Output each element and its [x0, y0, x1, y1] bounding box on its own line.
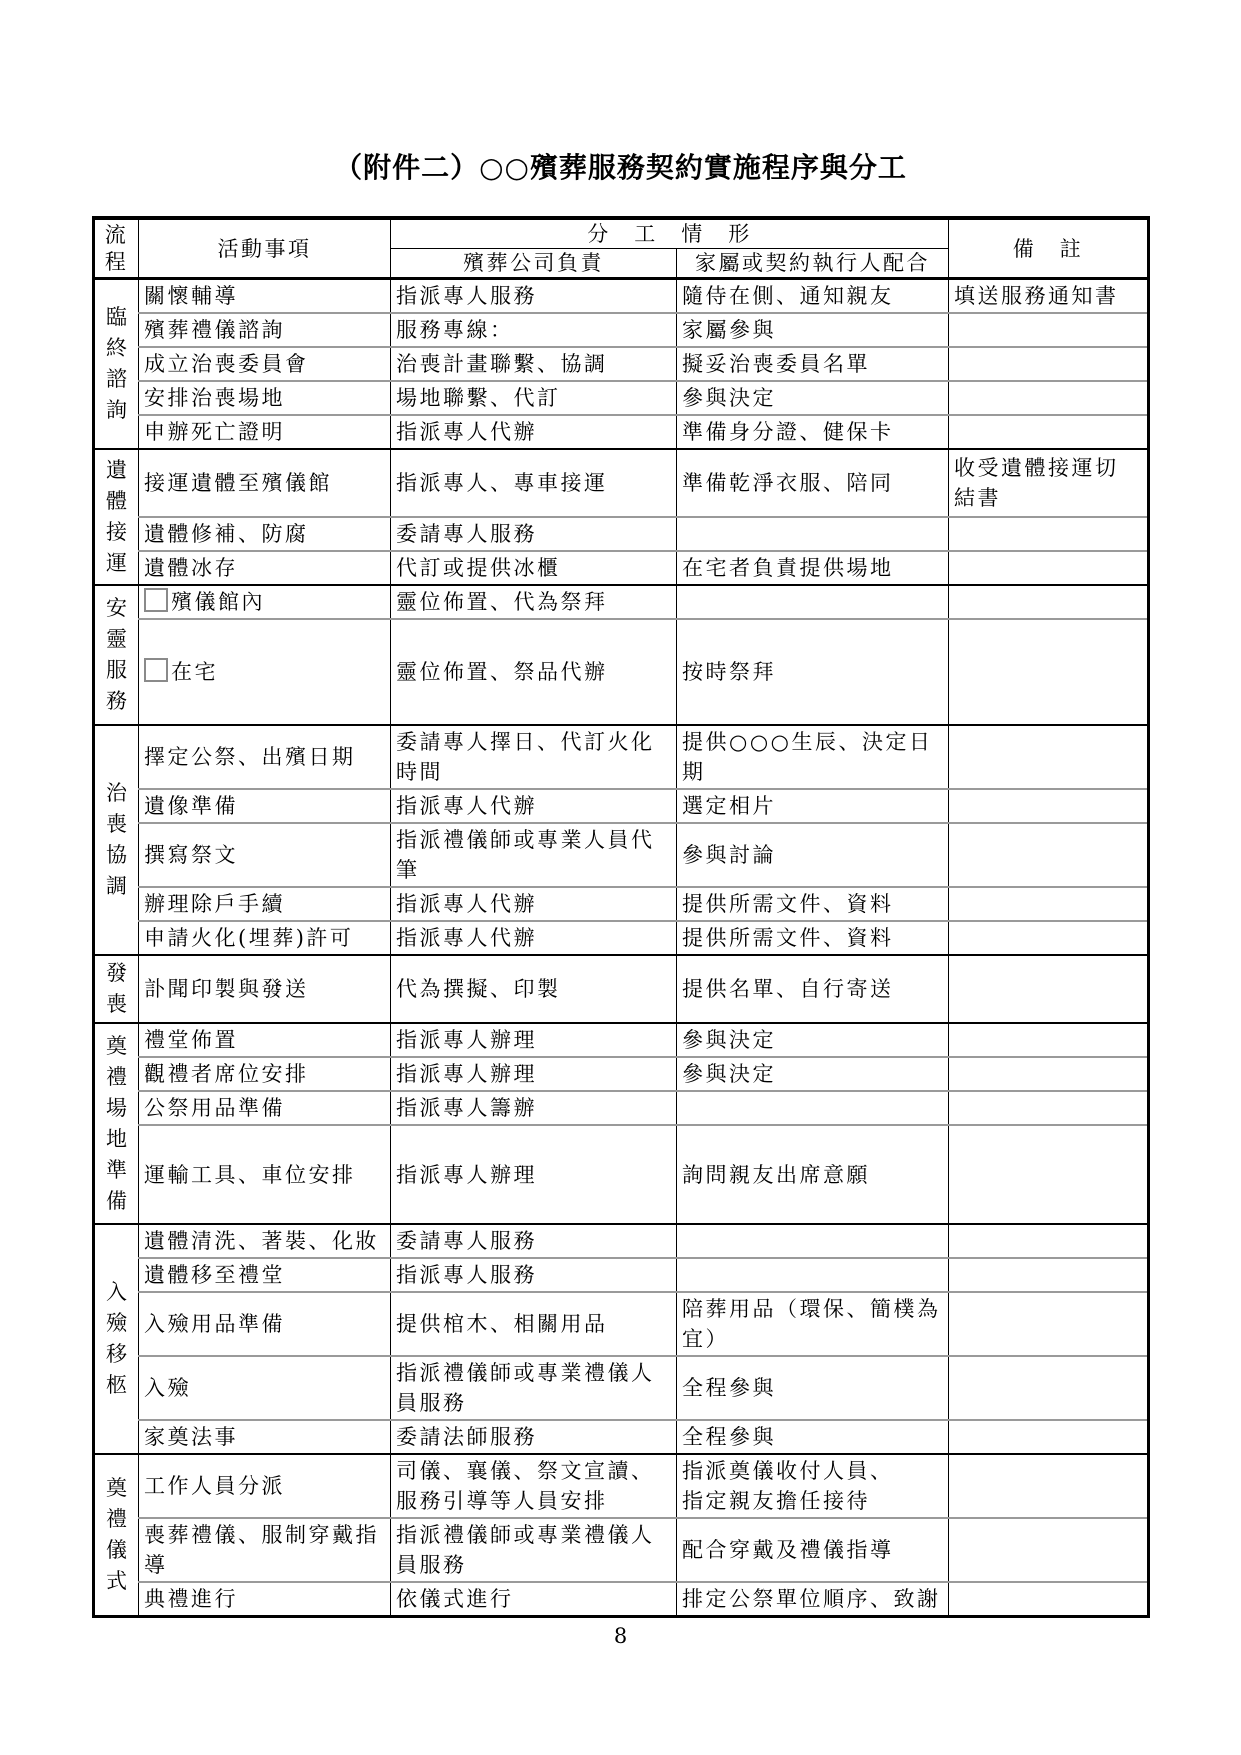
remarks-cell [949, 619, 1149, 725]
remarks-cell [949, 1125, 1149, 1224]
family-cell [677, 1224, 949, 1258]
company-cell: 指派專人辦理 [391, 1125, 677, 1224]
activity-cell: 關懷輔導 [139, 279, 391, 314]
family-cell [677, 585, 949, 619]
remarks-cell [949, 1518, 1149, 1582]
family-cell: 指派奠儀收付人員、 指定親友擔任接待 [677, 1454, 949, 1518]
company-cell: 靈位佈置、代為祭拜 [391, 585, 677, 619]
family-cell: 準備身分證、健保卡 [677, 415, 949, 449]
activity-cell: 入殮 [139, 1356, 391, 1420]
family-cell [677, 1091, 949, 1125]
activity-cell: 安排治喪場地 [139, 381, 391, 415]
table-row: 奠 禮 場 地 準 備禮堂佈置指派專人辦理參與決定 [94, 1023, 1149, 1057]
remarks-cell [949, 921, 1149, 955]
table-row: 觀禮者席位安排指派專人辦理參與決定 [94, 1057, 1149, 1091]
remarks-cell [949, 1292, 1149, 1356]
activity-cell: 遺體移至禮堂 [139, 1258, 391, 1292]
company-cell: 代訂或提供冰櫃 [391, 551, 677, 585]
activity-cell: 觀禮者席位安排 [139, 1057, 391, 1091]
company-cell: 委請專人服務 [391, 517, 677, 551]
table-row: 治 喪 協 調擇定公祭、出殯日期委請專人擇日、代訂火化 時間提供○○○生辰、決定… [94, 725, 1149, 789]
remarks-cell [949, 313, 1149, 347]
family-cell: 按時祭拜 [677, 619, 949, 725]
col-header-company: 殯葬公司負責 [391, 249, 677, 279]
remarks-cell [949, 1091, 1149, 1125]
checkbox-icon [144, 588, 168, 612]
remarks-cell [949, 955, 1149, 1023]
activity-cell: 遺體冰存 [139, 551, 391, 585]
table-row: 公祭用品準備指派專人籌辦 [94, 1091, 1149, 1125]
company-cell: 指派專人籌辦 [391, 1091, 677, 1125]
activity-cell: 殯儀館內 [139, 585, 391, 619]
remarks-cell [949, 347, 1149, 381]
family-cell: 提供名單、自行寄送 [677, 955, 949, 1023]
family-cell: 詢問親友出席意願 [677, 1125, 949, 1224]
company-cell: 指派專人服務 [391, 279, 677, 314]
checkbox-icon [144, 658, 168, 682]
family-cell: 準備乾淨衣服、陪同 [677, 449, 949, 517]
process-group-label: 入 殮 移 柩 [94, 1224, 139, 1454]
table-row: 入 殮 移 柩遺體清洗、著裝、化妝委請專人服務 [94, 1224, 1149, 1258]
table-row: 辦理除戶手續指派專人代辦提供所需文件、資料 [94, 887, 1149, 921]
table-row: 家奠法事委請法師服務全程參與 [94, 1420, 1149, 1454]
activity-cell: 成立治喪委員會 [139, 347, 391, 381]
company-cell: 服務專線： [391, 313, 677, 347]
table-row: 入殮指派禮儀師或專業禮儀人 員服務全程參與 [94, 1356, 1149, 1420]
remarks-cell [949, 1023, 1149, 1057]
family-cell: 家屬參與 [677, 313, 949, 347]
remarks-cell [949, 585, 1149, 619]
family-cell [677, 517, 949, 551]
table-row: 申辦死亡證明指派專人代辦準備身分證、健保卡 [94, 415, 1149, 449]
company-cell: 委請法師服務 [391, 1420, 677, 1454]
company-cell: 治喪計畫聯繫、協調 [391, 347, 677, 381]
activity-cell: 遺像準備 [139, 789, 391, 823]
company-cell: 場地聯繫、代訂 [391, 381, 677, 415]
activity-cell: 在宅 [139, 619, 391, 725]
activity-cell: 遺體修補、防腐 [139, 517, 391, 551]
family-cell: 全程參與 [677, 1356, 949, 1420]
family-cell: 全程參與 [677, 1420, 949, 1454]
company-cell: 指派專人代辦 [391, 789, 677, 823]
family-cell: 參與決定 [677, 1023, 949, 1057]
table-body: 臨 終 諮 詢關懷輔導指派專人服務隨侍在側、通知親友填送服務通知書殯葬禮儀諮詢服… [94, 279, 1149, 1617]
company-cell: 指派專人辦理 [391, 1057, 677, 1091]
activity-cell: 申請火化(埋葬)許可 [139, 921, 391, 955]
procedure-table: 流程 活動事項 分 工 情 形 備 註 殯葬公司負責 家屬或契約執行人配合 臨 … [92, 216, 1150, 1618]
process-group-label: 治 喪 協 調 [94, 725, 139, 955]
activity-cell: 申辦死亡證明 [139, 415, 391, 449]
activity-cell: 殯葬禮儀諮詢 [139, 313, 391, 347]
company-cell: 指派禮儀師或專業禮儀人 員服務 [391, 1518, 677, 1582]
remarks-cell [949, 1057, 1149, 1091]
col-header-family: 家屬或契約執行人配合 [677, 249, 949, 279]
table-row: 遺體冰存代訂或提供冰櫃在宅者負責提供場地 [94, 551, 1149, 585]
activity-cell: 家奠法事 [139, 1420, 391, 1454]
table-row: 遺體修補、防腐委請專人服務 [94, 517, 1149, 551]
family-cell: 提供所需文件、資料 [677, 921, 949, 955]
company-cell: 指派禮儀師或專業人員代 筆 [391, 823, 677, 887]
company-cell: 代為撰擬、印製 [391, 955, 677, 1023]
remarks-cell [949, 1582, 1149, 1617]
family-cell: 參與討論 [677, 823, 949, 887]
process-group-label: 臨 終 諮 詢 [94, 279, 139, 450]
process-group-label: 遺 體 接 運 [94, 449, 139, 585]
family-cell: 擬妥治喪委員名單 [677, 347, 949, 381]
activity-cell: 工作人員分派 [139, 1454, 391, 1518]
remarks-cell [949, 1420, 1149, 1454]
activity-cell: 禮堂佈置 [139, 1023, 391, 1057]
activity-cell: 辦理除戶手續 [139, 887, 391, 921]
remarks-cell [949, 517, 1149, 551]
table-row: 遺體移至禮堂指派專人服務 [94, 1258, 1149, 1292]
activity-cell: 撰寫祭文 [139, 823, 391, 887]
remarks-cell [949, 887, 1149, 921]
remarks-cell [949, 823, 1149, 887]
company-cell: 提供棺木、相關用品 [391, 1292, 677, 1356]
document-page: （附件二）○○殯葬服務契約實施程序與分工 流程 活動事項 分 工 情 形 備 註… [0, 0, 1241, 1755]
process-group-label: 奠 禮 場 地 準 備 [94, 1023, 139, 1224]
process-group-label: 發 喪 [94, 955, 139, 1023]
family-cell: 陪葬用品（環保、簡樸為 宜） [677, 1292, 949, 1356]
col-header-process: 流程 [94, 218, 139, 279]
table-row: 安 靈 服 務殯儀館內靈位佈置、代為祭拜 [94, 585, 1149, 619]
table-row: 撰寫祭文指派禮儀師或專業人員代 筆參與討論 [94, 823, 1149, 887]
process-group-label: 奠 禮 儀 式 [94, 1454, 139, 1617]
col-header-division: 分 工 情 形 [391, 218, 949, 249]
activity-cell: 遺體清洗、著裝、化妝 [139, 1224, 391, 1258]
remarks-cell [949, 725, 1149, 789]
family-cell [677, 1258, 949, 1292]
table-row: 發 喪訃聞印製與發送代為撰擬、印製提供名單、自行寄送 [94, 955, 1149, 1023]
company-cell: 指派專人、專車接運 [391, 449, 677, 517]
remarks-cell [949, 381, 1149, 415]
family-cell: 配合穿戴及禮儀指導 [677, 1518, 949, 1582]
family-cell: 參與決定 [677, 381, 949, 415]
activity-cell: 入殮用品準備 [139, 1292, 391, 1356]
table-row: 在宅靈位佈置、祭品代辦按時祭拜 [94, 619, 1149, 725]
company-cell: 指派禮儀師或專業禮儀人 員服務 [391, 1356, 677, 1420]
table-row: 遺 體 接 運接運遺體至殯儀館指派專人、專車接運準備乾淨衣服、陪同收受遺體接運切… [94, 449, 1149, 517]
remarks-cell [949, 1454, 1149, 1518]
activity-cell: 擇定公祭、出殯日期 [139, 725, 391, 789]
remarks-cell: 填送服務通知書 [949, 279, 1149, 314]
company-cell: 靈位佈置、祭品代辦 [391, 619, 677, 725]
table-row: 奠 禮 儀 式工作人員分派司儀、襄儀、祭文宣讀、 服務引導等人員安排指派奠儀收付… [94, 1454, 1149, 1518]
table-row: 成立治喪委員會治喪計畫聯繫、協調擬妥治喪委員名單 [94, 347, 1149, 381]
family-cell: 提供○○○生辰、決定日 期 [677, 725, 949, 789]
table-row: 安排治喪場地場地聯繫、代訂參與決定 [94, 381, 1149, 415]
col-header-remarks: 備 註 [949, 218, 1149, 279]
family-cell: 排定公祭單位順序、致謝 [677, 1582, 949, 1617]
page-number: 8 [0, 1624, 1241, 1648]
activity-cell: 典禮進行 [139, 1582, 391, 1617]
family-cell: 選定相片 [677, 789, 949, 823]
family-cell: 提供所需文件、資料 [677, 887, 949, 921]
remarks-cell [949, 1224, 1149, 1258]
page-title: （附件二）○○殯葬服務契約實施程序與分工 [0, 146, 1241, 186]
remarks-cell [949, 551, 1149, 585]
col-header-activity: 活動事項 [139, 218, 391, 279]
company-cell: 委請專人擇日、代訂火化 時間 [391, 725, 677, 789]
family-cell: 在宅者負責提供場地 [677, 551, 949, 585]
table-header: 流程 活動事項 分 工 情 形 備 註 殯葬公司負責 家屬或契約執行人配合 [94, 218, 1149, 279]
activity-cell: 訃聞印製與發送 [139, 955, 391, 1023]
company-cell: 司儀、襄儀、祭文宣讀、 服務引導等人員安排 [391, 1454, 677, 1518]
remarks-cell: 收受遺體接運切 結書 [949, 449, 1149, 517]
table-row: 典禮進行依儀式進行排定公祭單位順序、致謝 [94, 1582, 1149, 1617]
family-cell: 隨侍在側、通知親友 [677, 279, 949, 314]
table-row: 臨 終 諮 詢關懷輔導指派專人服務隨侍在側、通知親友填送服務通知書 [94, 279, 1149, 314]
remarks-cell [949, 415, 1149, 449]
table-row: 喪葬禮儀、服制穿戴指 導指派禮儀師或專業禮儀人 員服務配合穿戴及禮儀指導 [94, 1518, 1149, 1582]
remarks-cell [949, 789, 1149, 823]
activity-cell: 運輸工具、車位安排 [139, 1125, 391, 1224]
remarks-cell [949, 1356, 1149, 1420]
table-row: 入殮用品準備提供棺木、相關用品陪葬用品（環保、簡樸為 宜） [94, 1292, 1149, 1356]
table-row: 遺像準備指派專人代辦選定相片 [94, 789, 1149, 823]
process-group-label: 安 靈 服 務 [94, 585, 139, 725]
table-row: 殯葬禮儀諮詢服務專線：家屬參與 [94, 313, 1149, 347]
activity-cell: 公祭用品準備 [139, 1091, 391, 1125]
company-cell: 指派專人代辦 [391, 887, 677, 921]
family-cell: 參與決定 [677, 1057, 949, 1091]
remarks-cell [949, 1258, 1149, 1292]
company-cell: 指派專人代辦 [391, 921, 677, 955]
company-cell: 指派專人辦理 [391, 1023, 677, 1057]
company-cell: 指派專人服務 [391, 1258, 677, 1292]
activity-cell: 接運遺體至殯儀館 [139, 449, 391, 517]
activity-cell: 喪葬禮儀、服制穿戴指 導 [139, 1518, 391, 1582]
table-row: 運輸工具、車位安排指派專人辦理詢問親友出席意願 [94, 1125, 1149, 1224]
company-cell: 委請專人服務 [391, 1224, 677, 1258]
company-cell: 指派專人代辦 [391, 415, 677, 449]
company-cell: 依儀式進行 [391, 1582, 677, 1617]
table-row: 申請火化(埋葬)許可指派專人代辦提供所需文件、資料 [94, 921, 1149, 955]
